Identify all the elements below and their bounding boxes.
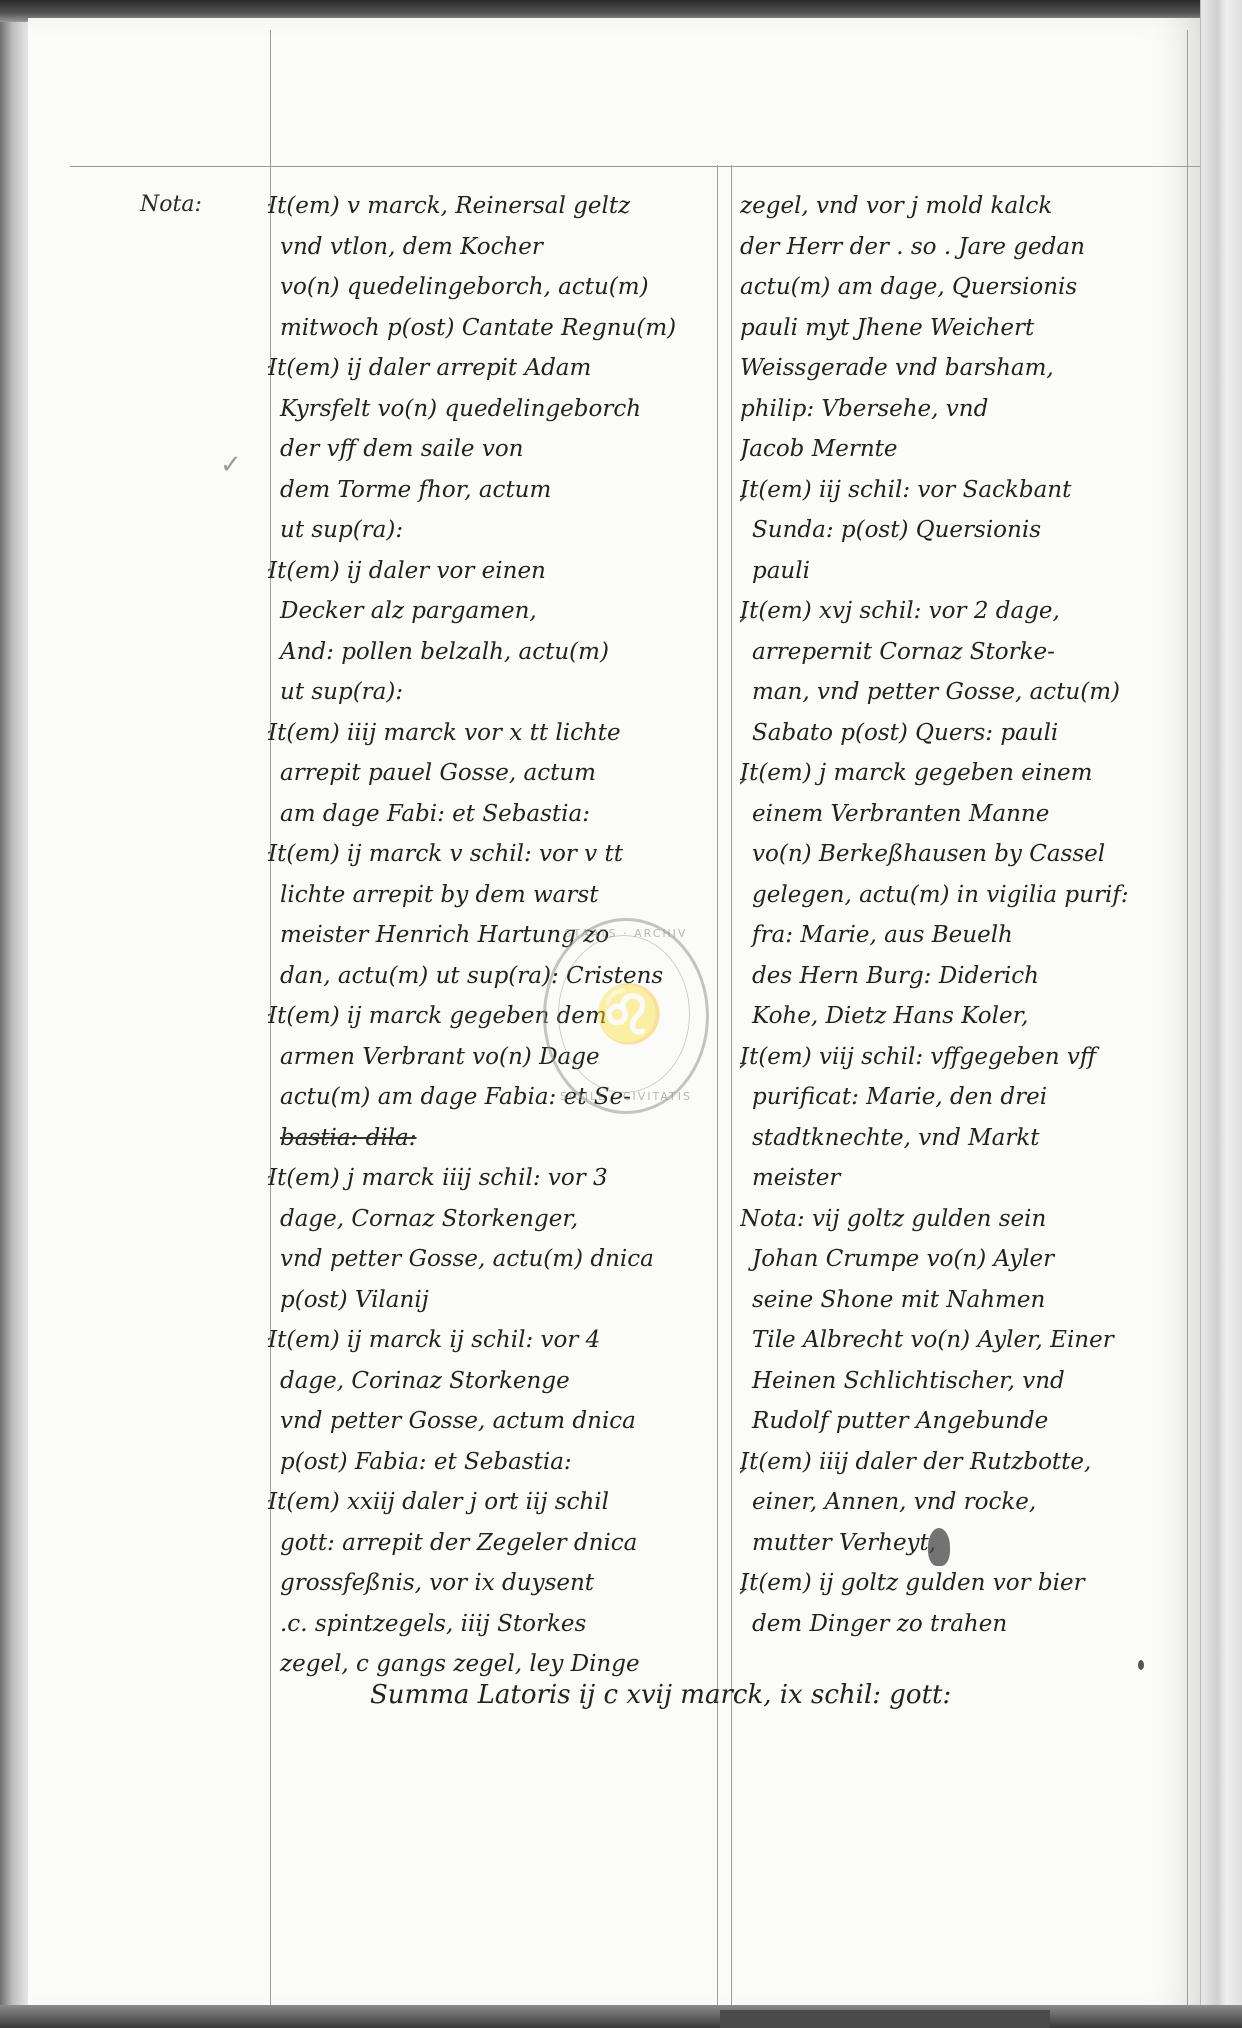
entry-line: It(em) j marck iiij schil: vor 3 [268,1158,713,1199]
ledger-entry: It(em) iij schil: vor Sackbant Sunda: p(… [740,470,1180,592]
ledger-entry: It(em) j marck iiij schil: vor 3 dage, C… [268,1158,713,1320]
entry-line: arrepernit Cornaz Storke- [740,632,1180,673]
entry-line: einem Verbranten Manne [740,794,1180,835]
entry-line: am dage Fabi: et Sebastia: [268,794,713,835]
entry-line: lichte arrepit by dem warst [268,875,713,916]
entry-line: Sabato p(ost) Quers: pauli [740,713,1180,754]
entry-line: Heinen Schlichtischer, vnd [740,1361,1180,1402]
entry-line-struck: bastia: dila: [268,1118,713,1159]
entry-line: der vff dem saile von [268,429,713,470]
entry-line: mutter Verheyt, [740,1523,1180,1564]
ledger-entry: It(em) ij daler vor einen Decker alz par… [268,551,713,713]
archive-stamp: STAATS · ARCHIV ♌ SIGILL · CIVITATIS [543,918,709,1114]
entry-line: stadtknechte, vnd Markt [740,1118,1180,1159]
entry-line: p(ost) Fabia: et Sebastia: [268,1442,713,1483]
stamp-bottom-text: SIGILL · CIVITATIS [546,1090,706,1103]
entry-line: mitwoch p(ost) Cantate Regnu(m) [268,308,713,349]
entry-line: vo(n) Berkeßhausen by Cassel [740,834,1180,875]
entry-line: ut sup(ra): [268,672,713,713]
entry-line: Kyrsfelt vo(n) quedelingeborch [268,389,713,430]
ledger-entry: It(em) viij schil: vffgegeben vff purifi… [740,1037,1180,1199]
book-gutter-right [1200,0,1242,2028]
entry-line: vnd petter Gosse, actum dnica [268,1401,713,1442]
entry-line: Weissgerade vnd barsham, [740,348,1180,389]
margin-nota-label: Nota: [140,192,202,217]
entry-line: It(em) iiij marck vor x tt lichte [268,713,713,754]
entry-line: vo(n) quedelingeborch, actu(m) [268,267,713,308]
ledger-entry: It(em) xxiij daler j ort iij schil gott:… [268,1482,713,1685]
entry-line: Kohe, Dietz Hans Koler, [740,996,1180,1037]
entry-line: zegel, c gangs zegel, ley Dinge [268,1644,713,1685]
entry-line: ut sup(ra): [268,510,713,551]
ledger-entry: It(em) j marck gegeben einem einem Verbr… [740,753,1180,1037]
ledger-entry: It(em) v marck, Reinersal geltz vnd vtlo… [268,186,713,348]
entry-line: dage, Corinaz Storkenge [268,1361,713,1402]
entry-line: It(em) ij goltz gulden vor bier [740,1563,1180,1604]
entry-line: Johan Crumpe vo(n) Ayler [740,1239,1180,1280]
book-binding-left [0,0,28,2028]
ledger-entry-continued: zegel, vnd vor j mold kalck der Herr der… [740,186,1180,470]
entry-line: fra: Marie, aus Beuelh [740,915,1180,956]
entry-line: Sunda: p(ost) Quersionis [740,510,1180,551]
page-bottom-edge [0,2005,1242,2028]
right-text-column: zegel, vnd vor j mold kalck der Herr der… [740,186,1180,1644]
ledger-entry: It(em) iiij marck vor x tt lichte arrepi… [268,713,713,835]
entry-line: dem Dinger zo trahen [740,1604,1180,1645]
entry-line: einer, Annen, vnd rocke, [740,1482,1180,1523]
page-sum-total: Summa Latoris ij c xvij marck, ix schil:… [370,1680,951,1710]
rule-header-line [70,166,1200,167]
entry-line: It(em) iij schil: vor Sackbant [740,470,1180,511]
entry-line: Decker alz pargamen, [268,591,713,632]
entry-line: purificat: Marie, den drei [740,1077,1180,1118]
entry-line: zegel, vnd vor j mold kalck [740,186,1180,227]
entry-line: It(em) viij schil: vffgegeben vff [740,1037,1180,1078]
stamp-top-text: STAATS · ARCHIV [546,927,706,940]
ledger-entry: It(em) xvj schil: vor 2 dage, arrepernit… [740,591,1180,753]
entry-line: It(em) xxiij daler j ort iij schil [268,1482,713,1523]
ledger-entry: It(em) ij goltz gulden vor bier dem Ding… [740,1563,1180,1644]
entry-line: der Herr der . so . Jare gedan [740,227,1180,268]
entry-line: p(ost) Vilanij [268,1280,713,1321]
entry-line: grossfeßnis, vor ix duysent [268,1563,713,1604]
page-bottom-tear [720,2010,1050,2028]
entry-line: Tile Albrecht vo(n) Ayler, Einer [740,1320,1180,1361]
entry-line: It(em) ij daler vor einen [268,551,713,592]
entry-line: gelegen, actu(m) in vigilia purif: [740,875,1180,916]
entry-line: pauli myt Jhene Weichert [740,308,1180,349]
nota-entry: Nota: vij goltz gulden sein Johan Crumpe… [740,1199,1180,1442]
entry-line: And: pollen belzalh, actu(m) [268,632,713,673]
entry-line: man, vnd petter Gosse, actu(m) [740,672,1180,713]
entry-line: meister [740,1158,1180,1199]
entry-line: Nota: vij goltz gulden sein [740,1199,1180,1240]
entry-line: It(em) ij marck ij schil: vor 4 [268,1320,713,1361]
entry-line: dem Torme fhor, actum [268,470,713,511]
ink-dot [1138,1660,1144,1670]
lion-emblem-icon: ♌ [594,981,664,1047]
entry-line: des Hern Burg: Diderich [740,956,1180,997]
ledger-entry: It(em) ij daler arrepit Adam Kyrsfelt vo… [268,348,713,551]
entry-line: vnd vtlon, dem Kocher [268,227,713,268]
entry-line: arrepit pauel Gosse, actum [268,753,713,794]
rule-right-margin [1187,30,1188,2005]
entry-line: .c. spintzegels, iiij Storkes [268,1604,713,1645]
rule-column-divider-a [717,165,718,2005]
entry-line: Jacob Mernte [740,429,1180,470]
entry-line: pauli [740,551,1180,592]
entry-line: It(em) j marck gegeben einem [740,753,1180,794]
entry-line: It(em) v marck, Reinersal geltz [268,186,713,227]
entry-line: It(em) iiij daler der Rutzbotte, [740,1442,1180,1483]
ledger-entry: It(em) ij marck ij schil: vor 4 dage, Co… [268,1320,713,1482]
rule-column-divider-b [731,165,732,2005]
ink-blot [928,1528,950,1566]
entry-line: Rudolf putter Angebunde [740,1401,1180,1442]
entry-line: It(em) ij daler arrepit Adam [268,348,713,389]
entry-line: It(em) xvj schil: vor 2 dage, [740,591,1180,632]
ledger-entry: It(em) iiij daler der Rutzbotte, einer, … [740,1442,1180,1564]
entry-line: It(em) ij marck v schil: vor v tt [268,834,713,875]
entry-line: vnd petter Gosse, actu(m) dnica [268,1239,713,1280]
entry-line: actu(m) am dage, Quersionis [740,267,1180,308]
entry-line: philip: Vbersehe, vnd [740,389,1180,430]
check-mark-icon: ✓ [220,450,242,480]
entry-line: gott: arrepit der Zegeler dnica [268,1523,713,1564]
entry-line: seine Shone mit Nahmen [740,1280,1180,1321]
entry-line: dage, Cornaz Storkenger, [268,1199,713,1240]
